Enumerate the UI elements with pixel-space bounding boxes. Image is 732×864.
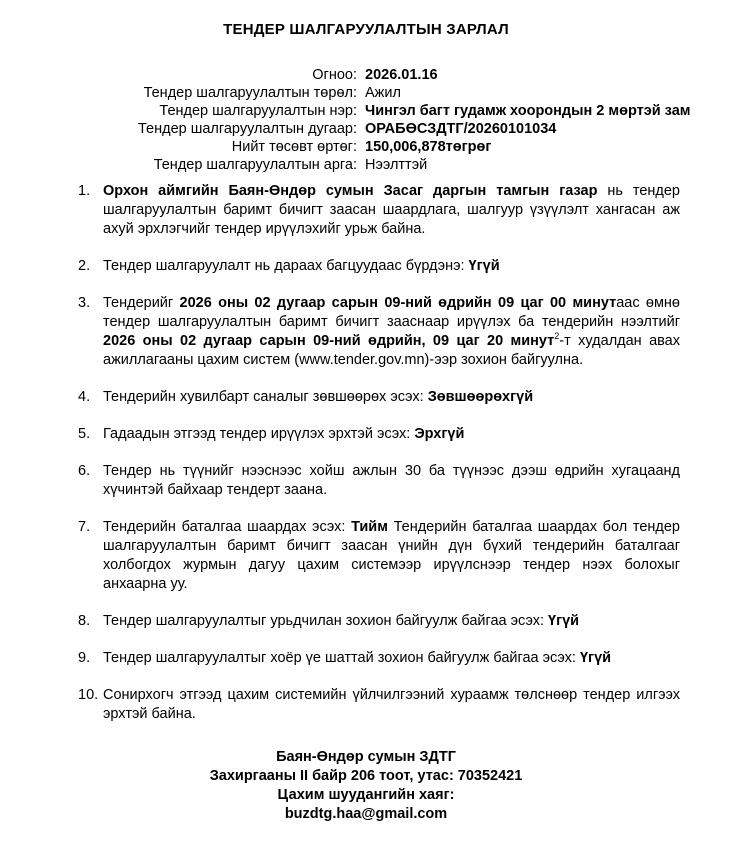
bold-text-segment: Үгүй xyxy=(548,613,579,629)
list-item-number: 4. xyxy=(78,388,103,407)
meta-row: Тендер шалгаруулалтын дугаар:ОРАБӨСЗДТГ/… xyxy=(78,120,680,138)
list-item: 9.Тендер шалгаруулалтыг хоёр үе шаттай з… xyxy=(78,649,680,668)
meta-section: Огноо:2026.01.16Тендер шалгаруулалтын тө… xyxy=(78,66,680,174)
bold-text-segment: Үгүй xyxy=(580,650,611,666)
footer-line: Цахим шуудангийн хаяг: xyxy=(0,786,732,805)
list-item: 2.Тендер шалгаруулалт нь дараах багцууда… xyxy=(78,257,680,276)
list-item-text: Гадаадын этгээд тендер ирүүлэх эрхтэй эс… xyxy=(103,425,680,444)
bold-text-segment: Зөвшөөрөхгүй xyxy=(428,389,533,405)
list-item-text: Тендер шалгаруулалтыг хоёр үе шаттай зох… xyxy=(103,649,680,668)
list-item-text: Орхон аймгийн Баян-Өндөр сумын Засаг дар… xyxy=(103,182,680,239)
meta-label: Тендер шалгаруулалтын нэр: xyxy=(78,102,357,120)
bold-text-segment: 2026 оны 02 дугаар сарын 09-ний өдрийн, … xyxy=(103,333,554,349)
meta-row: Нийт төсөвт өртөг:150,006,878төгрөг xyxy=(78,138,680,156)
text-segment: Тендер шалгаруулалтыг урьдчилан зохион б… xyxy=(103,613,548,629)
text-segment: Тендерийн баталгаа шаардах эсэх: xyxy=(103,519,351,535)
bold-text-segment: Үгүй xyxy=(469,258,500,274)
list-item-number: 5. xyxy=(78,425,103,444)
list-item-number: 6. xyxy=(78,462,103,500)
list-item: 10.Сонирхогч этгээд цахим системийн үйлч… xyxy=(78,686,680,724)
list-item: 6.Тендер нь түүнийг нээснээс хойш ажлын … xyxy=(78,462,680,500)
footer-line: Баян-Өндөр сумын ЗДТГ xyxy=(0,748,732,767)
meta-value: ОРАБӨСЗДТГ/20260101034 xyxy=(365,120,692,138)
meta-value: Чингэл багт гудамж хоорондын 2 мөртэй за… xyxy=(365,102,692,120)
meta-row: Огноо:2026.01.16 xyxy=(78,66,680,84)
list-item-text: Тендерийн хувилбарт саналыг зөвшөөрөх эс… xyxy=(103,388,680,407)
list-item-number: 8. xyxy=(78,612,103,631)
bold-text-segment: Тийм xyxy=(351,519,388,535)
text-segment: Тендер шалгаруулалтыг хоёр үе шаттай зох… xyxy=(103,650,580,666)
list-item-number: 1. xyxy=(78,182,103,239)
meta-label: Нийт төсөвт өртөг: xyxy=(78,138,357,156)
list-item-text: Сонирхогч этгээд цахим системийн үйлчилг… xyxy=(103,686,680,724)
list-item-number: 9. xyxy=(78,649,103,668)
footer-line: Захиргааны II байр 206 тоот, утас: 70352… xyxy=(0,767,732,786)
list-item-text: Тендерийн баталгаа шаардах эсэх: Тийм Те… xyxy=(103,518,680,594)
text-segment: Гадаадын этгээд тендер ирүүлэх эрхтэй эс… xyxy=(103,426,414,442)
bold-text-segment: Эрхгүй xyxy=(414,426,464,442)
text-segment: Тендер нь түүнийг нээснээс хойш ажлын 30… xyxy=(103,463,680,498)
meta-label: Тендер шалгаруулалтын дугаар: xyxy=(78,120,357,138)
meta-value: Нээлттэй xyxy=(365,156,692,174)
list-item: 3.Тендерийг 2026 оны 02 дугаар сарын 09-… xyxy=(78,294,680,370)
meta-label: Тендер шалгаруулалтын арга: xyxy=(78,156,357,174)
list-item-number: 10. xyxy=(78,686,103,724)
list-item-text: Тендер нь түүнийг нээснээс хойш ажлын 30… xyxy=(103,462,680,500)
meta-value: 2026.01.16 xyxy=(365,66,692,84)
list-item: 1.Орхон аймгийн Баян-Өндөр сумын Засаг д… xyxy=(78,182,680,239)
list-item: 5.Гадаадын этгээд тендер ирүүлэх эрхтэй … xyxy=(78,425,680,444)
footer-email-line: buzdtg.haa@gmail.com xyxy=(0,805,732,824)
text-segment: Сонирхогч этгээд цахим системийн үйлчилг… xyxy=(103,687,680,722)
list-item-number: 7. xyxy=(78,518,103,594)
meta-label: Тендер шалгаруулалтын төрөл: xyxy=(78,84,357,102)
bold-text-segment: 2026 оны 02 дугаар сарын 09-ний өдрийн 0… xyxy=(180,295,617,311)
tender-list: 1.Орхон аймгийн Баян-Өндөр сумын Засаг д… xyxy=(78,182,680,724)
list-item: 8.Тендер шалгаруулалтыг урьдчилан зохион… xyxy=(78,612,680,631)
list-item-text: Тендерийг 2026 оны 02 дугаар сарын 09-ни… xyxy=(103,294,680,370)
meta-value: 150,006,878төгрөг xyxy=(365,138,692,156)
list-item-text: Тендер шалгаруулалт нь дараах багцуудаас… xyxy=(103,257,680,276)
bold-text-segment: Орхон аймгийн Баян-Өндөр сумын Засаг дар… xyxy=(103,183,597,199)
text-segment: Тендерийн хувилбарт саналыг зөвшөөрөх эс… xyxy=(103,389,428,405)
list-item-number: 3. xyxy=(78,294,103,370)
meta-value: Ажил xyxy=(365,84,692,102)
document-page: ТЕНДЕР ШАЛГАРУУЛАЛТЫН ЗАРЛАЛ Огноо:2026.… xyxy=(0,0,732,864)
document-title: ТЕНДЕР ШАЛГАРУУЛАЛТЫН ЗАРЛАЛ xyxy=(0,20,732,39)
list-item: 4.Тендерийн хувилбарт саналыг зөвшөөрөх … xyxy=(78,388,680,407)
meta-label: Огноо: xyxy=(78,66,357,84)
list-item: 7.Тендерийн баталгаа шаардах эсэх: Тийм … xyxy=(78,518,680,594)
list-item-text: Тендер шалгаруулалтыг урьдчилан зохион б… xyxy=(103,612,680,631)
meta-row: Тендер шалгаруулалтын арга:Нээлттэй xyxy=(78,156,680,174)
meta-row: Тендер шалгаруулалтын нэр:Чингэл багт гу… xyxy=(78,102,680,120)
text-segment: Тендер шалгаруулалт нь дараах багцуудаас… xyxy=(103,258,469,274)
list-item-number: 2. xyxy=(78,257,103,276)
meta-row: Тендер шалгаруулалтын төрөл:Ажил xyxy=(78,84,680,102)
text-segment: Тендерийг xyxy=(103,295,180,311)
footer: Баян-Өндөр сумын ЗДТГЗахиргааны II байр … xyxy=(0,748,732,824)
